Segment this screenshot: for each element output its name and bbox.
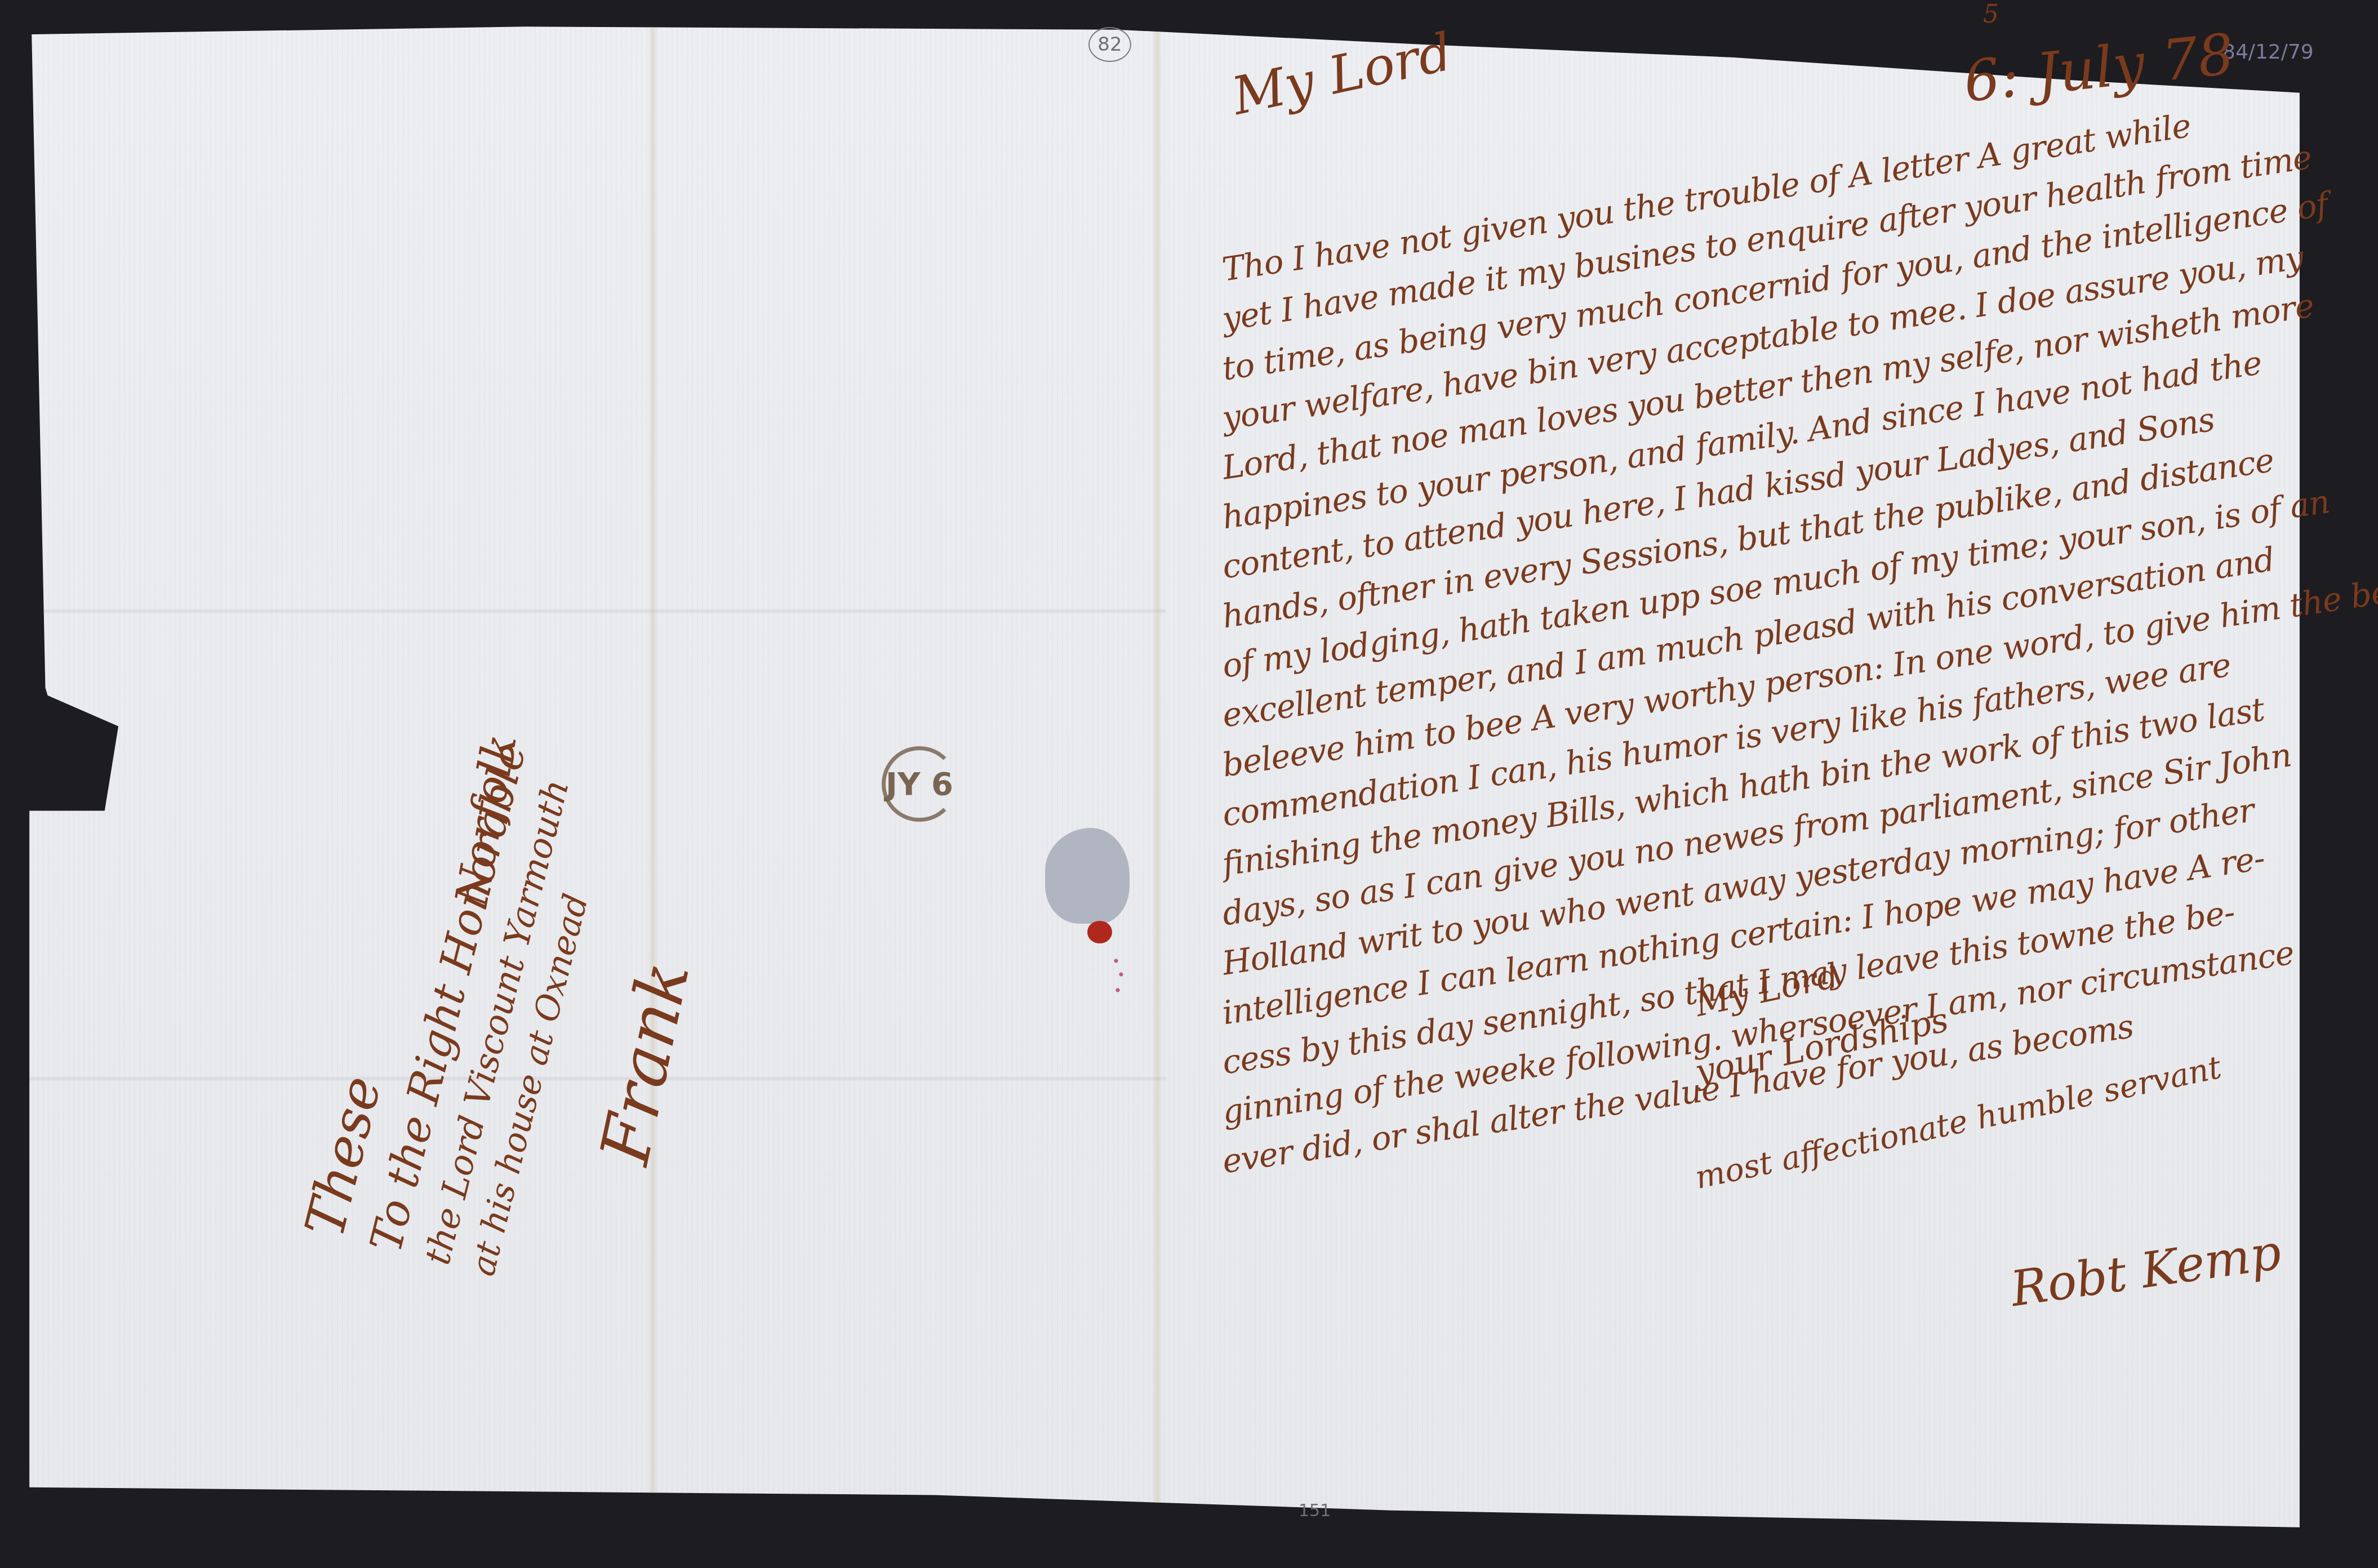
fold-line-vertical bbox=[648, 11, 658, 1549]
signature: Robt Kemp bbox=[2007, 1224, 2284, 1317]
fold-line-horizontal bbox=[23, 608, 1166, 614]
fold-line-horizontal bbox=[23, 1076, 1166, 1081]
center-fold-line bbox=[1152, 11, 1162, 1549]
letter-date: 6: July 78 bbox=[1961, 21, 2237, 115]
wax-drops bbox=[1111, 952, 1128, 997]
salutation: My Lord bbox=[1227, 21, 1457, 127]
wax-stain bbox=[1045, 828, 1130, 924]
letter-page: 5 My Lord 6: July 78 Tho I have not give… bbox=[1200, 0, 2327, 1568]
red-wax-seal bbox=[1087, 921, 1112, 943]
date-annotation: 5 bbox=[1983, 0, 1999, 29]
folio-number: 82 bbox=[1088, 27, 1131, 62]
scan-background: 82 84/12/79 151 These To the Right Honor… bbox=[0, 0, 2378, 1568]
postmark-stamp: JY 6 bbox=[882, 746, 957, 822]
